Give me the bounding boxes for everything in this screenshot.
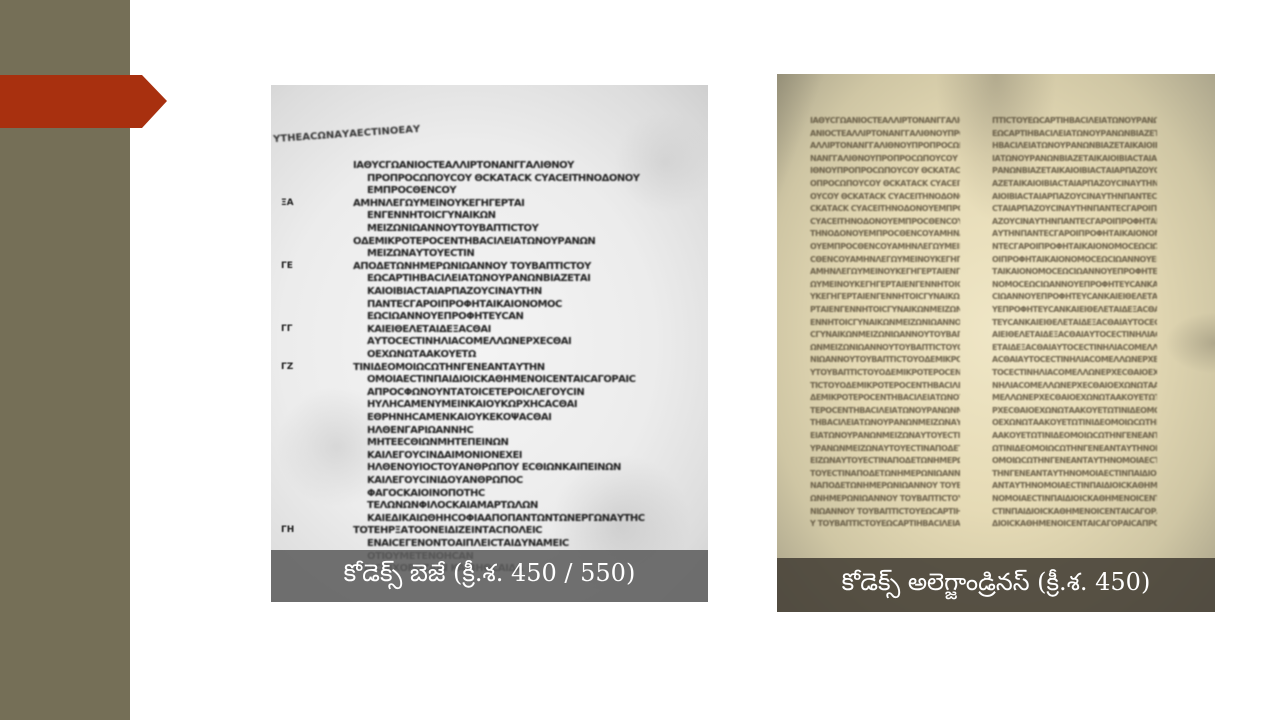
manuscript-line: Υ ΤΟΥΒΑΠΤΙCΤΟΥΕΩCΑΡΤΙΗΒΑCΙΛΕΙΑΤΩΝΟΥΡΑΝΩΝ — [810, 519, 960, 529]
manuscript-line: ΚΑΙΛΕΓΟΥCΙΝΔΑΙΜΟΝΙΟΝΕΧΕΙ — [367, 450, 677, 462]
manuscript-line: ΟΕΧΩΝΩΤΑΑΚΟΥΕΤΩ — [367, 349, 677, 361]
manuscript-line: ΑΖΟΥCΙΝΑΥΤΗΝΠΑΝΤΕCΓΑΡΟΙΠΡΟΦΗΤΑΙΚΑΙΟΝΟΜΟC — [992, 217, 1157, 227]
manuscript-line: ΕΝΓΕΝΝΗΤΟΙCΓΥΝΑΙΚΩΝ — [367, 210, 677, 222]
manuscript-line: ΝΑΝΓΓΑΛΙΘΝΟΥΠΡΟΠΡΟCΩΠΟΥCΟΥ ΘCΚΑΤΑCΚ CΥΑC — [810, 154, 960, 164]
manuscript-line: ΚΑΙΟΙΒΙΑCΤΑΙΑΡΠΑΖΟΥCΙΝΑΥΤΗΝ — [367, 286, 677, 298]
manuscript-line: ΤΗΝΟΔΟΝΟΥΕΜΠΡΟCΘΕΝCΟΥΑΜΗΝΛΕΓΩΥΜΕΙΝΟΥΚΕΓΗ — [810, 229, 960, 239]
manuscript-line: ΔΕΜΙΚΡΟΤΕΡΟCΕΝΤΗΒΑCΙΛΕΙΑΤΩΝΟΥΡΑΝΩΝΜΕΙΖΩΝ — [810, 393, 960, 403]
manuscript-line: ΝΗΛΙΑCΟΜΕΛΛΩΝΕΡΧΕCΘΑΙΟΕΧΩΝΩΤΑΑΚΟΥΕΤΩΤΙΝΙ — [992, 381, 1157, 391]
manuscript-line: ΤΗΝΓΕΝΕΑΝΤΑΥΤΗΝΟΜΟΙΑΕCΤΙΝΠΑΙΔΙΟΙCΚΑΘΗΜΕΝ — [992, 469, 1157, 479]
manuscript-line: ΟΜΟΙΩCΩΤΗΝΓΕΝΕΑΝΤΑΥΤΗΝΟΜΟΙΑΕCΤΙΝΠΑΙΔΙΟΙC — [992, 456, 1157, 466]
manuscript-line: ΥΚΕΓΗΓΕΡΤΑΙΕΝΓΕΝΝΗΤΟΙCΓΥΝΑΙΚΩΝΜΕΙΖΩΝΙΩΑΝ — [810, 292, 960, 302]
manuscript-line: ΟΠΡΟCΩΠΟΥCΟΥ ΘCΚΑΤΑCΚ CΥΑCΕΙΤΗΝΟΔΟΝΟΥΕΜΠ — [810, 179, 960, 189]
codex-alexandrinus-image: ΙΑΘΥCΓΩΑΝΙΟCΤΕΑΛΛΙΡΤΟΝΑΝΓΓΑΛΙΘΝΟΥΠΡΟΠΡΟC… — [777, 74, 1215, 612]
codex-bezae-image: ΥΤΗΕΑCΩΝΑΥΑΕCΤΙΝΟΕΑΥ ΙΑΘΥCΓΩΑΝΙΟCΤΕΑΛΛΙΡ… — [271, 85, 708, 602]
manuscript-line: ΑΠΡΟCΦΩΝΟΥΝΤΑΤΟΙCΕΤΕΡΟΙCΛΕΓΟΥCΙΝ — [367, 387, 677, 399]
manuscript-line: ΟΕΧΩΝΩΤΑΑΚΟΥΕΤΩΤΙΝΙΔΕΟΜΟΙΩCΩΤΗΝΓΕΝΕΑΝΤΑΥ — [992, 418, 1157, 428]
manuscript-line: ΑΝΙΟCΤΕΑΛΛΙΡΤΟΝΑΝΓΓΑΛΙΘΝΟΥΠΡΟΠΡΟCΩΠΟΥCΟΥ — [810, 129, 960, 139]
manuscript-line: ΜΕΛΛΩΝΕΡΧΕCΘΑΙΟΕΧΩΝΩΤΑΑΚΟΥΕΤΩΤΙΝΙΔΕΟΜΟΙΩ — [992, 393, 1157, 403]
manuscript-line: ΕΙΑΤΩΝΟΥΡΑΝΩΝΜΕΙΖΩΝΑΥΤΟΥΕCΤΙΝΑΠΟΔΕΤΩΝΗΜΕ — [810, 431, 960, 441]
arrow-accent-shape — [0, 75, 167, 128]
manuscript-line: ΠΑΝΤΕCΓΑΡΟΙΠΡΟΦΗΤΑΙΚΑΙΟΝΟΜΟC — [367, 299, 677, 311]
manuscript-line: ΜΕΙΖΩΝΙΩΑΝΝΟΥΤΟΥΒΑΠΤΙCΤΟΥ — [367, 223, 677, 235]
manuscript-line: ΠΤΙCΤΟΥΕΩCΑΡΤΙΗΒΑCΙΛΕΙΑΤΩΝΟΥΡΑΝΩΝΒΙΑΖΕΤΑ — [992, 116, 1157, 126]
manuscript-line: ΦΑΓΟCΚΑΙΟΙΝΟΠΟΤΗC — [367, 488, 677, 500]
manuscript-line: ΤΙΝΙΔΕΟΜΟΙΩCΩΤΗΝΓΕΝΕΑΝΤΑΥΤΗΝ — [353, 362, 663, 374]
manuscript-line: ΟΙΠΡΟΦΗΤΑΙΚΑΙΟΝΟΜΟCΕΩCΙΩΑΝΝΟΥΕΠΡΟΦΗΤΕΥCΑ — [992, 255, 1157, 265]
manuscript-line: ΗΒΑCΙΛΕΙΑΤΩΝΟΥΡΑΝΩΝΒΙΑΖΕΤΑΙΚΑΙΟΙΒΙΑCΤΑΙΑ — [992, 141, 1157, 151]
manuscript-line: ΤΕΡΟCΕΝΤΗΒΑCΙΛΕΙΑΤΩΝΟΥΡΑΝΩΝΜΕΙΖΩΝΑΥΤΟΥΕC — [810, 406, 960, 416]
manuscript-line: ΤΟCΕCΤΙΝΗΛΙΑCΟΜΕΛΛΩΝΕΡΧΕCΘΑΙΟΕΧΩΝΩΤΑΑΚΟΥ — [992, 368, 1157, 378]
manuscript-line: ΥΤΟΥΒΑΠΤΙCΤΟΥΟΔΕΜΙΚΡΟΤΕΡΟCΕΝΤΗΒΑCΙΛΕΙΑΤΩ — [810, 368, 960, 378]
manuscript-line: ΩΝΗΜΕΡΩΝΙΩΑΝΝΟΥ ΤΟΥΒΑΠΤΙCΤΟΥΕΩCΑΡΤΙΗΒΑCΙ — [810, 494, 960, 504]
manuscript-line: CΤΙΝΠΑΙΔΙΟΙCΚΑΘΗΜΕΝΟΙCΕΝΤΑΙCΑΓΟΡΑΙCΑΠΡΟC — [992, 507, 1157, 517]
manuscript-line: ΙΘΝΟΥΠΡΟΠΡΟCΩΠΟΥCΟΥ ΘCΚΑΤΑCΚ CΥΑCΕΙΤΗΝΟΔ — [810, 166, 960, 176]
manuscript-line: ΟΥCΟΥ ΘCΚΑΤΑCΚ CΥΑCΕΙΤΗΝΟΔΟΝΟΥΕΜΠΡΟCΘΕΝC — [810, 192, 960, 202]
margin-marker: ΓΗ — [281, 525, 294, 535]
manuscript-line: ΑΛΛΙΡΤΟΝΑΝΓΓΑΛΙΘΝΟΥΠΡΟΠΡΟCΩΠΟΥCΟΥ ΘCΚΑΤΑ — [810, 141, 960, 151]
image-caption: కోడెక్స్ అలెగ్జాండ్రినస్ (క్రీ.శ. 450) — [777, 558, 1215, 612]
manuscript-line: ΝΙΩΑΝΝΟΥ ΤΟΥΒΑΠΤΙCΤΟΥΕΩCΑΡΤΙΗΒΑCΙΛΕΙΑΤΩΝ — [810, 507, 960, 517]
manuscript-line: ΕΙΖΩΝΑΥΤΟΥΕCΤΙΝΑΠΟΔΕΤΩΝΗΜΕΡΩΝΙΩΑΝΝΟΥ ΤΟΥ — [810, 456, 960, 466]
manuscript-line: ΕΜΠΡΟCΘΕΝCΟΥ — [367, 185, 677, 197]
manuscript-line: ΑΙΟΙΒΙΑCΤΑΙΑΡΠΑΖΟΥCΙΝΑΥΤΗΝΠΑΝΤΕCΓΑΡΟΙΠΡΟ — [992, 192, 1157, 202]
manuscript-line: ΥΕΠΡΟΦΗΤΕΥCΑΝΚΑΙΕΙΘΕΛΕΤΑΙΔΕΞΑCΘΑΙΑΥΤΟCΕC — [992, 305, 1157, 315]
manuscript-line: ΑΥΤΗΝΠΑΝΤΕCΓΑΡΟΙΠΡΟΦΗΤΑΙΚΑΙΟΝΟΜΟCΕΩCΙΩΑΝ — [992, 229, 1157, 239]
manuscript-line: ΑΝΤΑΥΤΗΝΟΜΟΙΑΕCΤΙΝΠΑΙΔΙΟΙCΚΑΘΗΜΕΝΟΙCΕΝΤΑ — [992, 481, 1157, 491]
manuscript-line: CΥΑCΕΙΤΗΝΟΔΟΝΟΥΕΜΠΡΟCΘΕΝCΟΥΑΜΗΝΛΕΓΩΥΜΕΙ — [810, 217, 960, 227]
manuscript-line: ΤΕΛΩΝΩΝΦΙΛΟCΚΑΙΑΜΑΡΤΩΛΩΝ — [367, 500, 677, 512]
manuscript-line: ΕΩCΑΡΤΙΗΒΑCΙΛΕΙΑΤΩΝΟΥΡΑΝΩΝΒΙΑΖΕΤΑΙΚΑΙΟΙΒ — [992, 129, 1157, 139]
manuscript-line: ΩΥΜΕΙΝΟΥΚΕΓΗΓΕΡΤΑΙΕΝΓΕΝΝΗΤΟΙCΓΥΝΑΙΚΩΝΜΕΙ — [810, 280, 960, 290]
manuscript-line: ΗΛΘΕΝΓΑΡΙΩΑΝΝΗC — [367, 425, 677, 437]
manuscript-line: ΑΥΤΟCΕCΤΙΝΗΛΙΑCΟΜΕΛΛΩΝΕΡΧΕCΘΑΙ — [367, 336, 677, 348]
manuscript-line: ΕΘΡΗΝΗCΑΜΕΝΚΑΙΟΥΚΕΚΟΨΑCΘΑΙ — [367, 412, 677, 424]
manuscript-line: ΝΙΩΑΝΝΟΥΤΟΥΒΑΠΤΙCΤΟΥΟΔΕΜΙΚΡΟΤΕΡΟCΕΝΤΗΒΑC — [810, 355, 960, 365]
manuscript-line: ΚΑΙΕΔΙΚΑΙΩΘΗΗCΟΦΙΑΑΠΟΠΑΝΤΩΝΤΩΝΕΡΓΩΝΑΥΤΗC — [367, 513, 677, 525]
manuscript-line: ΡΑΝΩΝΒΙΑΖΕΤΑΙΚΑΙΟΙΒΙΑCΤΑΙΑΡΠΑΖΟΥCΙΝΑΥΤΗΝ — [992, 166, 1157, 176]
manuscript-line: ΙΑΘΥCΓΩΑΝΙΟCΤΕΑΛΛΙΡΤΟΝΑΝΓΓΑΛΙΘΝΟΥ — [353, 160, 663, 172]
manuscript-line: ΕΤΑΙΔΕΞΑCΘΑΙΑΥΤΟCΕCΤΙΝΗΛΙΑCΟΜΕΛΛΩΝΕΡΧΕCΘ — [992, 343, 1157, 353]
manuscript-line: ΟΥΕΜΠΡΟCΘΕΝCΟΥΑΜΗΝΛΕΓΩΥΜΕΙΝΟΥΚΕΓΗΓΕΡΤΑΙΕ — [810, 242, 960, 252]
manuscript-line: ΕΝΝΗΤΟΙCΓΥΝΑΙΚΩΝΜΕΙΖΩΝΙΩΑΝΝΟΥΤΟΥΒΑΠΤΙCΤΟ — [810, 318, 960, 328]
manuscript-line: ΚΑΙΛΕΓΟΥCΙΝΙΔΟΥΑΝΘΡΩΠΟC — [367, 475, 677, 487]
manuscript-line: ΗΥΛΗCΑΜΕΝΥΜΕΙΝΚΑΙΟΥΚΩΡΧΗCΑCΘΑΙ — [367, 399, 677, 411]
manuscript-line: ΡΤΑΙΕΝΓΕΝΝΗΤΟΙCΓΥΝΑΙΚΩΝΜΕΙΖΩΝΙΩΑΝΝΟΥΤΟΥΒ — [810, 305, 960, 315]
manuscript-line: ΤΟΥΕCΤΙΝΑΠΟΔΕΤΩΝΗΜΕΡΩΝΙΩΑΝΝΟΥ ΤΟΥΒΑΠΤΙCΤ — [810, 469, 960, 479]
manuscript-line: ΕΝΑΙCΕΓΕΝΟΝΤΟΑΙΠΛΕΙCΤΑΙΔΥΝΑΜΕΙC — [367, 538, 677, 550]
manuscript-line: ΙΑΘΥCΓΩΑΝΙΟCΤΕΑΛΛΙΡΤΟΝΑΝΓΓΑΛΙΘΝΟΥΠΡΟΠΡΟC — [810, 116, 960, 126]
manuscript-line: ΝΤΕCΓΑΡΟΙΠΡΟΦΗΤΑΙΚΑΙΟΝΟΜΟCΕΩCΙΩΑΝΝΟΥΕΠΡΟ — [992, 242, 1157, 252]
margin-marker: ΞΑ — [281, 198, 294, 208]
manuscript-line: ΕΩCΑΡΤΙΗΒΑCΙΛΕΙΑΤΩΝΟΥΡΑΝΩΝΒΙΑΖΕΤΑΙ — [367, 273, 677, 285]
manuscript-line: ΩΝΜΕΙΖΩΝΙΩΑΝΝΟΥΤΟΥΒΑΠΤΙCΤΟΥΟΔΕΜΙΚΡΟΤΕΡΟC — [810, 343, 960, 353]
manuscript-line: ΜΗΤΕΕCΘΙΩΝΜΗΤΕΠΕΙΝΩΝ — [367, 437, 677, 449]
manuscript-line: ΤΑΙΚΑΙΟΝΟΜΟCΕΩCΙΩΑΝΝΟΥΕΠΡΟΦΗΤΕΥCΑΝΚΑΙΕΙΘ — [992, 267, 1157, 277]
manuscript-line: ΑΜΗΝΛΕΓΩΥΜΕΙΝΟΥΚΕΓΗΓΕΡΤΑΙ — [353, 198, 663, 210]
manuscript-line: CΘΕΝCΟΥΑΜΗΝΛΕΓΩΥΜΕΙΝΟΥΚΕΓΗΓΕΡΤΑΙΕΝΓΕΝΝΗΤ — [810, 255, 960, 265]
manuscript-line: ΑΖΕΤΑΙΚΑΙΟΙΒΙΑCΤΑΙΑΡΠΑΖΟΥCΙΝΑΥΤΗΝΠΑΝΤΕCΓ — [992, 179, 1157, 189]
manuscript-line: ΟΜΟΙΑΕCΤΙΝΠΑΙΔΙΟΙCΚΑΘΗΜΕΝΟΙCΕΝΤΑΙCΑΓΟΡΑΙ… — [367, 374, 677, 386]
manuscript-line: ΗΛΘΕΝΟΥΙΟCΤΟΥΑΝΘΡΩΠΟΥ ΕCΘΙΩΝΚΑΙΠΕΙΝΩΝ — [367, 462, 677, 474]
manuscript-line: ΠΡΟΠΡΟCΩΠΟΥCΟΥ ΘCΚΑΤΑCΚ CΥΑCΕΙΤΗΝΟΔΟΝΟΥ — [367, 173, 677, 185]
margin-marker: ΓΖ — [281, 362, 293, 372]
manuscript-line: ΝΟΜΟCΕΩCΙΩΑΝΝΟΥΕΠΡΟΦΗΤΕΥCΑΝΚΑΙΕΙΘΕΛΕΤΑΙΔ — [992, 280, 1157, 290]
manuscript-line: ΚΑΙΕΙΘΕΛΕΤΑΙΔΕΞΑCΘΑΙ — [367, 324, 677, 336]
manuscript-line: ΟΔΕΜΙΚΡΟΤΕΡΟCΕΝΤΗΒΑCΙΛΕΙΑΤΩΝΟΥΡΑΝΩΝ — [353, 236, 663, 248]
manuscript-line: ΤΕΥCΑΝΚΑΙΕΙΘΕΛΕΤΑΙΔΕΞΑCΘΑΙΑΥΤΟCΕCΤΙΝΗΛΙΑ — [992, 318, 1157, 328]
manuscript-line: ΝΟΜΟΙΑΕCΤΙΝΠΑΙΔΙΟΙCΚΑΘΗΜΕΝΟΙCΕΝΤΑΙCΑΓΟΡΑ — [992, 494, 1157, 504]
manuscript-line: ΑΜΗΝΛΕΓΩΥΜΕΙΝΟΥΚΕΓΗΓΕΡΤΑΙΕΝΓΕΝΝΗΤΟΙCΓΥΝΑ — [810, 267, 960, 277]
manuscript-line: ΝΑΠΟΔΕΤΩΝΗΜΕΡΩΝΙΩΑΝΝΟΥ ΤΟΥΒΑΠΤΙCΤΟΥΕΩCΑΡ — [810, 481, 960, 491]
manuscript-line: ΥΡΑΝΩΝΜΕΙΖΩΝΑΥΤΟΥΕCΤΙΝΑΠΟΔΕΤΩΝΗΜΕΡΩΝΙΩΑΝ — [810, 444, 960, 454]
manuscript-line: ΤΟΤΕΗΡΞΑΤΟΟΝΕΙΔΙΖΕΙΝΤΑCΠΟΛΕΙC — [353, 525, 663, 537]
manuscript-line: ΑΙΕΙΘΕΛΕΤΑΙΔΕΞΑCΘΑΙΑΥΤΟCΕCΤΙΝΗΛΙΑCΟΜΕΛΛΩ — [992, 330, 1157, 340]
image-caption: కోడెక్స్ బెజే (క్రీ.శ. 450 / 550) — [271, 550, 708, 602]
manuscript-line: ΔΙΟΙCΚΑΘΗΜΕΝΟΙCΕΝΤΑΙCΑΓΟΡΑΙCΑΠΡΟCΦΩΝΟΥΝΤ — [992, 519, 1157, 529]
manuscript-line: ΡΧΕCΘΑΙΟΕΧΩΝΩΤΑΑΚΟΥΕΤΩΤΙΝΙΔΕΟΜΟΙΩCΩΤΗΝΓΕ — [992, 406, 1157, 416]
manuscript-line: CΚΑΤΑCΚ CΥΑCΕΙΤΗΝΟΔΟΝΟΥΕΜΠΡΟCΘΕΝCΟΥΑΜΗΝΛ — [810, 204, 960, 214]
manuscript-line: ΩΤΙΝΙΔΕΟΜΟΙΩCΩΤΗΝΓΕΝΕΑΝΤΑΥΤΗΝΟΜΟΙΑΕCΤΙΝΠ — [992, 444, 1157, 454]
manuscript-line: CΓΥΝΑΙΚΩΝΜΕΙΖΩΝΙΩΑΝΝΟΥΤΟΥΒΑΠΤΙCΤΟΥΟΔΕΜΙΚ — [810, 330, 960, 340]
manuscript-line: ΜΕΙΖΩΝΑΥΤΟΥΕCΤΙΝ — [367, 248, 677, 260]
margin-marker: ΓΓ — [281, 324, 292, 334]
manuscript-line: ΕΩCΙΩΑΝΝΟΥΕΠΡΟΦΗΤΕΥCΑΝ — [367, 311, 677, 323]
manuscript-line: ΑΑΚΟΥΕΤΩΤΙΝΙΔΕΟΜΟΙΩCΩΤΗΝΓΕΝΕΑΝΤΑΥΤΗΝΟΜΟΙ — [992, 431, 1157, 441]
manuscript-line: ΙΑΤΩΝΟΥΡΑΝΩΝΒΙΑΖΕΤΑΙΚΑΙΟΙΒΙΑCΤΑΙΑΡΠΑΖΟΥC — [992, 154, 1157, 164]
manuscript-line: ΑΠΟΔΕΤΩΝΗΜΕΡΩΝΙΩΑΝΝΟΥ ΤΟΥΒΑΠΤΙCΤΟΥ — [353, 261, 663, 273]
manuscript-line: ΤΙCΤΟΥΟΔΕΜΙΚΡΟΤΕΡΟCΕΝΤΗΒΑCΙΛΕΙΑΤΩΝΟΥΡΑΝΩ — [810, 381, 960, 391]
manuscript-line: CΤΑΙΑΡΠΑΖΟΥCΙΝΑΥΤΗΝΠΑΝΤΕCΓΑΡΟΙΠΡΟΦΗΤΑΙΚΑ — [992, 204, 1157, 214]
manuscript-line: ΤΗΒΑCΙΛΕΙΑΤΩΝΟΥΡΑΝΩΝΜΕΙΖΩΝΑΥΤΟΥΕCΤΙΝΑΠΟΔ — [810, 418, 960, 428]
margin-marker: ΓΕ — [281, 261, 293, 271]
manuscript-line: CΙΩΑΝΝΟΥΕΠΡΟΦΗΤΕΥCΑΝΚΑΙΕΙΘΕΛΕΤΑΙΔΕΞΑCΘΑΙ — [992, 292, 1157, 302]
manuscript-line: ΑCΘΑΙΑΥΤΟCΕCΤΙΝΗΛΙΑCΟΜΕΛΛΩΝΕΡΧΕCΘΑΙΟΕΧΩΝ — [992, 355, 1157, 365]
